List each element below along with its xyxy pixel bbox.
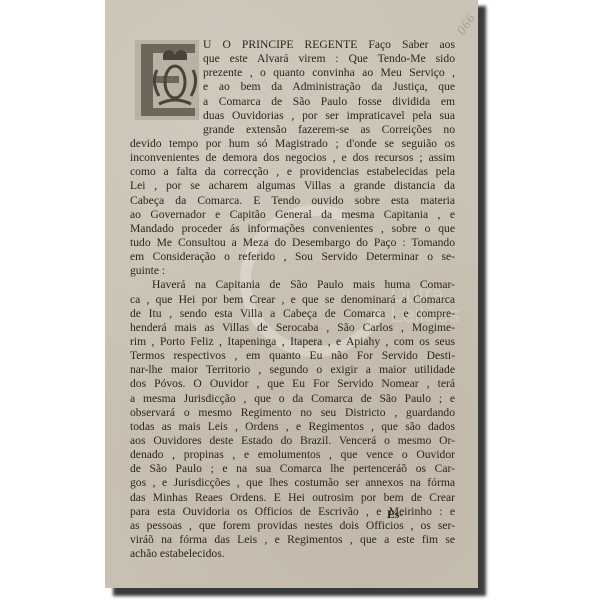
text-line: Mandado proceder ás informações convenie… xyxy=(130,222,455,236)
text-line: todas as mais Leis , Ordens , e Regiment… xyxy=(130,420,455,434)
document-page: 066 Dutra Leilões U O PRINCIPE REGENTE F… xyxy=(105,0,478,588)
text-line: de Itu , sendo esta Villa a Cabeça de Co… xyxy=(130,307,455,321)
text-line: como a falta da correcção , e providenci… xyxy=(130,165,455,179)
text-line: U O PRINCIPE REGENTE Faço Saber aos xyxy=(203,38,455,52)
text-line: denado , propinas , e emolumentos , que … xyxy=(130,448,455,462)
text-line: Cabeça da Comarca. E Tendo ouvido sobre … xyxy=(130,194,455,208)
text-line: achão estabelecidos. xyxy=(130,547,455,561)
text-line: Lei , por se acharem algumas Villas a gr… xyxy=(130,179,455,193)
text-line: guinte : xyxy=(130,264,455,278)
text-line: que este Alvará virem : Que Tendo-Me sid… xyxy=(203,52,455,66)
text-line: Termos respectivos , em quanto Eu não Fo… xyxy=(130,349,455,363)
text-line: de São Paulo ; e na sua Comarca lhe pert… xyxy=(130,462,455,476)
catchword: Es- xyxy=(387,508,403,521)
text-line: e ao bem da Administração da Justiça, qu… xyxy=(203,80,455,94)
text-line: observará o mesmo Regimento no seu Distr… xyxy=(130,406,455,420)
text-line: viráõ na fórma das Leis , e Regimentos ,… xyxy=(130,533,455,547)
text-line: em Consideração o referido , Sou Servido… xyxy=(130,250,455,264)
text-line: ca , que Hei por bem Crear , e que se de… xyxy=(130,293,455,307)
text-line: duas Ouvidorias , por ser impraticavel p… xyxy=(203,109,455,123)
text-line: gos , e Jurisdicções , que lhes costumão… xyxy=(130,476,455,490)
text-line: rim , Porto Feliz , Itapeninga , Itapera… xyxy=(130,335,455,349)
text-line: ao Governador e Capitão General da mesma… xyxy=(130,208,455,222)
text-line: a mesma Jurisdicção , que o da Comarca d… xyxy=(130,392,455,406)
text-line: a Comarca de São Paulo fosse dividida em xyxy=(203,95,455,109)
text-line: prezente , o quanto convinha ao Meu Serv… xyxy=(203,66,455,80)
text-line: as pessoas , que forem providas nestes d… xyxy=(130,519,455,533)
folio-number: 066 xyxy=(453,10,478,38)
text-line: devido tempo por hum só Magistrado ; d'o… xyxy=(130,137,455,151)
text-line: dos Póvos. O Ouvidor , que Eu For Servid… xyxy=(130,377,455,391)
text-line: das Minhas Reaes Ordens. E Hei outrosim … xyxy=(130,491,455,505)
text-line: tudo Me Consultou a Meza do Desembargo d… xyxy=(130,236,455,250)
decree-text: U O PRINCIPE REGENTE Faço Saber aos que … xyxy=(130,38,455,561)
text-line: inconvenientes de demora dos negocios , … xyxy=(130,151,455,165)
text-line: grande extensão fazerem-se as Correições… xyxy=(203,123,455,137)
text-line: para esta Ouvidoria os Officios de Escri… xyxy=(130,505,455,519)
text-line: nar-lhe maior Territorio , segundo o exi… xyxy=(130,363,455,377)
text-line: henderá mais as Villas de Serocaba , São… xyxy=(130,321,455,335)
text-line: aos Ouvidores deste Estado do Brazil. Ve… xyxy=(130,434,455,448)
text-line: Haverá na Capitania de São Paulo mais hu… xyxy=(130,278,455,292)
